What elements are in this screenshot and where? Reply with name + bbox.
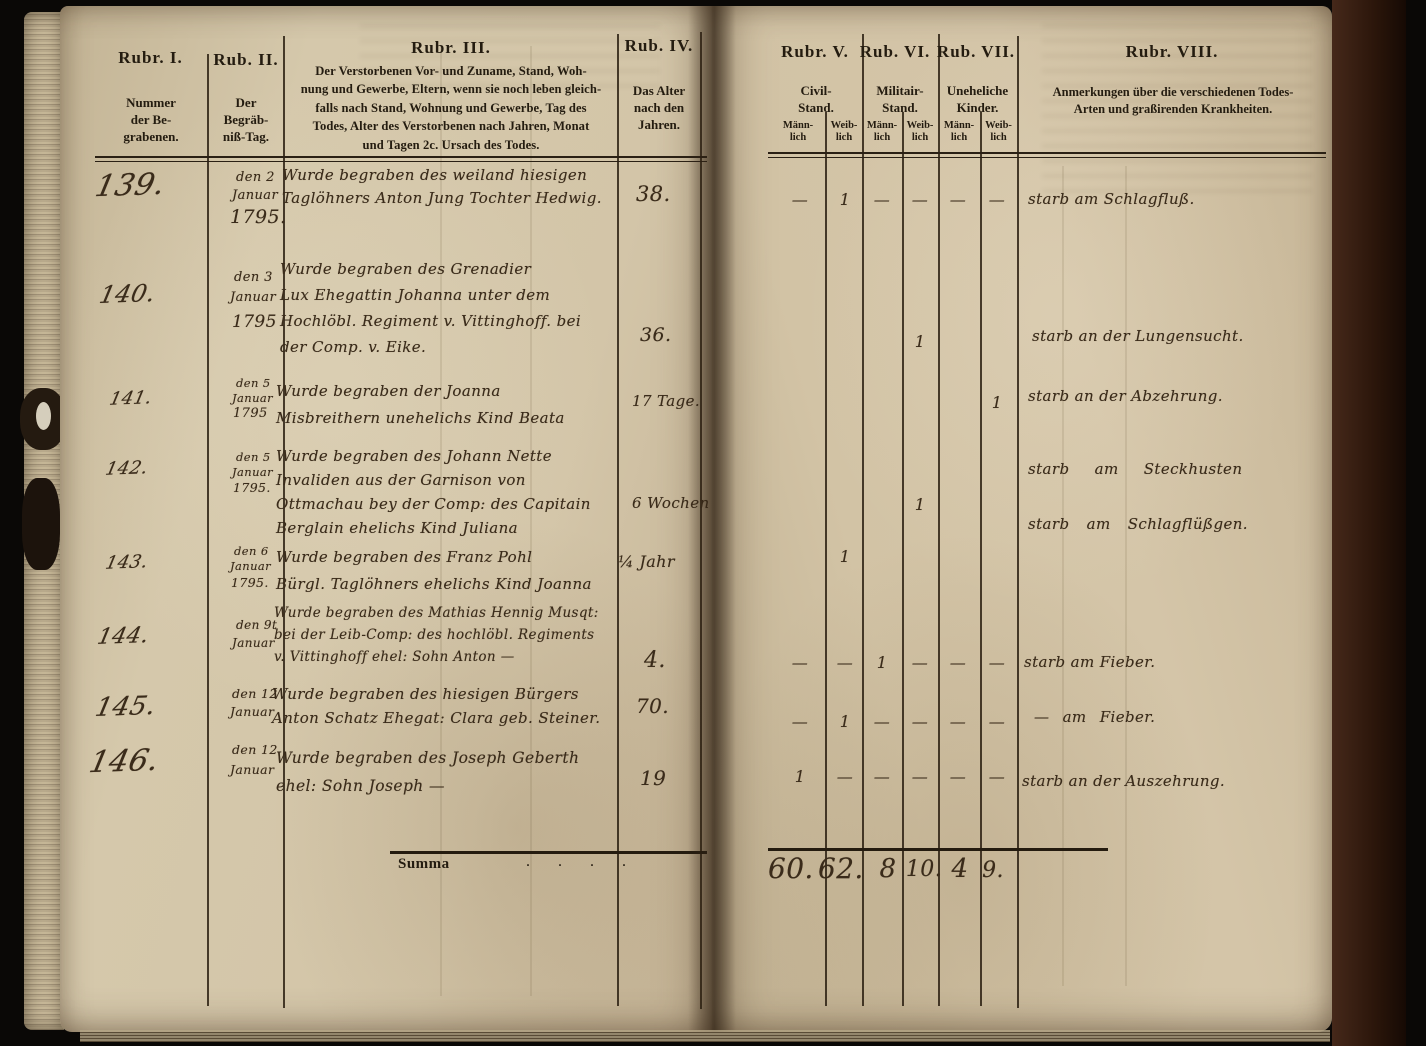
- paper-crease: [1062, 166, 1064, 986]
- header-rule: [95, 156, 707, 162]
- tally-mark: 1: [979, 393, 1015, 412]
- entry-text-line: bei der Leib-Comp: des hochlöbl. Regimen…: [274, 624, 599, 646]
- entry-number: 141.: [108, 387, 155, 409]
- date-line: Januar: [230, 704, 274, 719]
- date-line: Januar: [232, 391, 273, 405]
- tally-mark: —: [902, 190, 938, 209]
- tally-mark: —: [864, 767, 900, 786]
- tally-mark: —: [979, 767, 1015, 786]
- left-page: Rubr. I. Nummer der Be- grabenen. Rub. I…: [60, 6, 712, 1032]
- entry-age: 4.: [644, 648, 666, 673]
- tally-mark: —: [979, 190, 1015, 209]
- tally-mark: 1: [902, 495, 938, 514]
- entry-text-line: Wurde begraben des Franz Pohl: [276, 544, 592, 571]
- entry-text-line: v. Vittinghoff ehel: Sohn Anton —: [274, 646, 599, 668]
- header-line: niß-Tag.: [210, 128, 282, 145]
- entry-number: 139.: [92, 167, 168, 204]
- column-header-rubr1-title: Rubr. I.: [98, 48, 203, 68]
- totals-rule: [768, 848, 1108, 851]
- book-gutter: [688, 6, 736, 1032]
- summa-label: Summa: [398, 856, 450, 873]
- column-rule: [207, 54, 209, 1006]
- tally-mark: —: [864, 712, 900, 731]
- entry-text-line: Wurde begraben des Joseph Geberth: [276, 744, 579, 772]
- date-line: Januar: [232, 465, 273, 479]
- sex-header-unehelich-w: Weib- lich: [980, 120, 1017, 144]
- annotation-text: starb am Fieber.: [1024, 653, 1155, 671]
- column-header-rubr6: Militair- Stand.: [862, 82, 938, 116]
- header-line: Jahren.: [620, 116, 698, 133]
- header-line: Kinder.: [938, 99, 1017, 116]
- header-line: Das Alter: [620, 82, 698, 99]
- sex-header-militair-m: Männ- lich: [862, 120, 902, 144]
- entry-text-line: Bürgl. Taglöhners ehelichs Kind Joanna: [276, 571, 592, 598]
- summa-leader-dots: ····: [490, 858, 690, 873]
- date-line: Januar: [232, 188, 278, 203]
- entry-text-line: Wurde begraben des Mathias Hennig Musqt:: [274, 602, 599, 624]
- entry-age: 70.: [636, 694, 669, 718]
- entry-number: 144.: [95, 623, 151, 650]
- date-line: den 12: [232, 742, 278, 757]
- header-line: falls nach Stand, Wohnung und Gewerbe, T…: [286, 99, 616, 117]
- tally-mark: —: [827, 653, 863, 672]
- sex-header-unehelich-m: Männ- lich: [938, 120, 980, 144]
- right-page: Rubr. V. Rub. VI. Rub. VII. Rubr. VIII. …: [712, 6, 1332, 1032]
- tally-mark: —: [940, 767, 976, 786]
- entry-age: 38.: [636, 182, 671, 206]
- header-line: nach den: [620, 99, 698, 116]
- entry-text-line: Berglain ehelichs Kind Juliana: [276, 516, 591, 540]
- header-line: Nummer: [100, 94, 202, 111]
- entry-text-line: Hochlöbl. Regiment v. Vittinghoff. bei: [280, 308, 581, 334]
- header-line: Arten und graßirenden Krankheiten.: [1030, 101, 1316, 118]
- date-line: Januar: [230, 290, 276, 305]
- annotation-text: starb an der Lungensucht.: [1032, 327, 1244, 345]
- date-line: 1795: [233, 406, 268, 421]
- tally-mark: 1: [864, 653, 900, 672]
- tally-mark: 1: [827, 712, 863, 731]
- date-line: Januar: [232, 636, 275, 650]
- sex-header-civil-m: Männ- lich: [774, 120, 822, 144]
- entry-text: Wurde begraben des Johann Nette Invalide…: [276, 444, 591, 540]
- header-line: Uneheliche: [938, 82, 1017, 99]
- tally-mark: —: [940, 190, 976, 209]
- header-line: lich: [980, 132, 1017, 144]
- header-line: Militair-: [862, 82, 938, 99]
- header-line: Der: [210, 94, 282, 111]
- paper-crease: [1125, 166, 1127, 986]
- header-line: Anmerkungen über die verschiedenen Todes…: [1030, 84, 1316, 101]
- total-value: 8: [868, 854, 908, 884]
- header-line: lich: [938, 132, 980, 144]
- date-line: Januar: [230, 762, 274, 777]
- sex-header-militair-w: Weib- lich: [902, 120, 938, 144]
- total-value: 62.: [818, 852, 862, 885]
- header-line: Männ-: [862, 120, 902, 132]
- date-line: 1795: [232, 312, 277, 332]
- total-value: 60.: [768, 852, 812, 885]
- date-line: 1795.: [230, 206, 286, 228]
- entry-text: Wurde begraben des Grenadier Lux Ehegatt…: [280, 256, 581, 360]
- header-line: und Tagen 2c. Ursach des Todes.: [286, 136, 616, 154]
- entry-text-line: Wurde begraben des weiland hiesigen: [282, 164, 602, 187]
- book-board-edge: [1332, 0, 1406, 1046]
- tally-mark: —: [864, 190, 900, 209]
- edge-damage-spot: [22, 478, 60, 570]
- header-line: Todes, Alter des Verstorbenen nach Jahre…: [286, 117, 616, 135]
- header-line: lich: [826, 132, 862, 144]
- column-header-rubr2: Der Begräb- niß-Tag.: [210, 94, 282, 145]
- entry-text-line: Invaliden aus der Garnison von: [276, 468, 591, 492]
- column-header-rubr6-title: Rub. VI.: [848, 42, 942, 62]
- header-line: Stand.: [770, 99, 862, 116]
- tally-mark: 1: [827, 547, 863, 566]
- entry-age: ¼ Jahr: [618, 552, 675, 571]
- tally-mark: —: [782, 712, 818, 731]
- column-header-rubr4: Das Alter nach den Jahren.: [620, 82, 698, 133]
- header-line: Weib-: [980, 120, 1017, 132]
- entry-number: 143.: [104, 551, 151, 573]
- entry-text-line: Wurde begraben des hiesigen Bürgers: [272, 682, 600, 706]
- tally-mark: —: [902, 712, 938, 731]
- header-line: Männ-: [938, 120, 980, 132]
- entry-text: Wurde begraben des hiesigen Bürgers Anto…: [272, 682, 600, 730]
- entry-text: Wurde begraben des Mathias Hennig Musqt:…: [274, 602, 599, 668]
- tally-mark: —: [782, 653, 818, 672]
- date-line: den 2: [236, 170, 275, 185]
- page-edge-stack: [24, 12, 64, 1030]
- date-line: Januar: [230, 559, 271, 573]
- column-header-rubr2-title: Rub. II.: [208, 50, 284, 70]
- entry-text: Wurde begraben des Franz Pohl Bürgl. Tag…: [276, 544, 592, 598]
- tally-mark: —: [782, 190, 818, 209]
- date-line: 1795.: [233, 480, 271, 495]
- total-value: 9.: [973, 858, 1013, 883]
- column-header-rubr7-title: Rub. VII.: [930, 42, 1022, 62]
- date-line: den 3: [234, 270, 273, 285]
- summa-rule: [390, 851, 707, 854]
- tally-mark: —: [979, 712, 1015, 731]
- entry-text: Wurde begraben des weiland hiesigen Tagl…: [282, 164, 602, 210]
- date-line: den 5: [236, 376, 271, 390]
- header-rule: [768, 152, 1326, 158]
- entry-text: Wurde begraben der Joanna Misbreithern u…: [276, 378, 565, 432]
- entry-text-line: Anton Schatz Ehegat: Clara geb. Steiner.: [272, 706, 600, 730]
- column-header-rubr7: Uneheliche Kinder.: [938, 82, 1017, 116]
- annotation-text: starb am Schlagflüßgen.: [1028, 515, 1248, 533]
- header-line: der Be-: [100, 111, 202, 128]
- date-line: 1795.: [231, 575, 269, 590]
- tally-mark: —: [902, 653, 938, 672]
- entry-number: 145.: [93, 691, 159, 723]
- entry-number: 146.: [86, 743, 162, 780]
- header-line: grabenen.: [100, 128, 202, 145]
- column-header-rubr3: Der Verstorbenen Vor- und Zuname, Stand,…: [286, 62, 616, 154]
- annotation-text: starb an der Abzehrung.: [1028, 387, 1223, 405]
- annotation-text: starb an der Auszehrung.: [1022, 772, 1225, 790]
- tally-mark: —: [940, 712, 976, 731]
- tally-mark: —: [827, 767, 863, 786]
- header-line: Weib-: [902, 120, 938, 132]
- entry-age: 19: [640, 766, 666, 790]
- header-line: lich: [862, 132, 902, 144]
- date-line: den 5: [236, 450, 271, 464]
- edge-light-chip: [36, 402, 51, 430]
- annotation-text: — am Fieber.: [1034, 708, 1155, 726]
- column-rule: [1017, 36, 1019, 1008]
- tally-mark: —: [902, 767, 938, 786]
- tally-mark: —: [979, 653, 1015, 672]
- entry-text-line: Lux Ehegattin Johanna unter dem: [280, 282, 581, 308]
- header-line: Begräb-: [210, 111, 282, 128]
- header-line: Civil-: [770, 82, 862, 99]
- column-header-rubr8-title: Rubr. VIII.: [1052, 42, 1292, 62]
- entry-number: 140.: [97, 279, 158, 309]
- column-header-rubr1: Nummer der Be- grabenen.: [100, 94, 202, 145]
- entry-text-line: Wurde begraben der Joanna: [276, 378, 565, 405]
- entry-text-line: Wurde begraben des Grenadier: [280, 256, 581, 282]
- entry-text-line: Ottmachau bey der Comp: des Capitain: [276, 492, 591, 516]
- annotation-text: starb am Steckhusten: [1028, 460, 1242, 478]
- header-line: Der Verstorbenen Vor- und Zuname, Stand,…: [286, 62, 616, 80]
- sex-header-civil-w: Weib- lich: [826, 120, 862, 144]
- header-line: Weib-: [826, 120, 862, 132]
- entry-text-line: Misbreithern unehelichs Kind Beata: [276, 405, 565, 432]
- entry-age: 36.: [640, 324, 671, 346]
- tally-mark: —: [940, 653, 976, 672]
- entry-text-line: ehel: Sohn Joseph —: [276, 772, 579, 800]
- total-value: 10.: [904, 857, 944, 882]
- column-header-rubr5: Civil- Stand.: [770, 82, 862, 116]
- photographed-register-book: Rubr. I. Nummer der Be- grabenen. Rub. I…: [0, 0, 1426, 1046]
- date-line: den 9t: [236, 618, 277, 632]
- header-line: lich: [902, 132, 938, 144]
- header-line: nung und Gewerbe, Eltern, wenn sie noch …: [286, 80, 616, 98]
- date-line: den 12: [232, 686, 278, 701]
- entry-number: 142.: [104, 457, 151, 479]
- header-line: lich: [774, 132, 822, 144]
- bottom-page-stack: [80, 1030, 1330, 1042]
- annotation-text: starb am Schlagfluß.: [1028, 190, 1195, 208]
- header-line: Stand.: [862, 99, 938, 116]
- entry-text-line: der Comp. v. Eike.: [280, 334, 581, 360]
- entry-text: Wurde begraben des Joseph Geberth ehel: …: [276, 744, 579, 800]
- column-header-rubr3-title: Rubr. III.: [288, 38, 614, 58]
- entry-text-line: Taglöhners Anton Jung Tochter Hedwig.: [282, 187, 602, 210]
- column-header-rubr4-title: Rub. IV.: [620, 36, 698, 56]
- date-line: den 6: [234, 544, 269, 558]
- tally-mark: 1: [827, 190, 863, 209]
- header-line: Männ-: [774, 120, 822, 132]
- column-header-rubr8: Anmerkungen über die verschiedenen Todes…: [1030, 84, 1316, 118]
- entry-text-line: Wurde begraben des Johann Nette: [276, 444, 591, 468]
- tally-mark: 1: [902, 332, 938, 351]
- tally-mark: 1: [782, 767, 818, 786]
